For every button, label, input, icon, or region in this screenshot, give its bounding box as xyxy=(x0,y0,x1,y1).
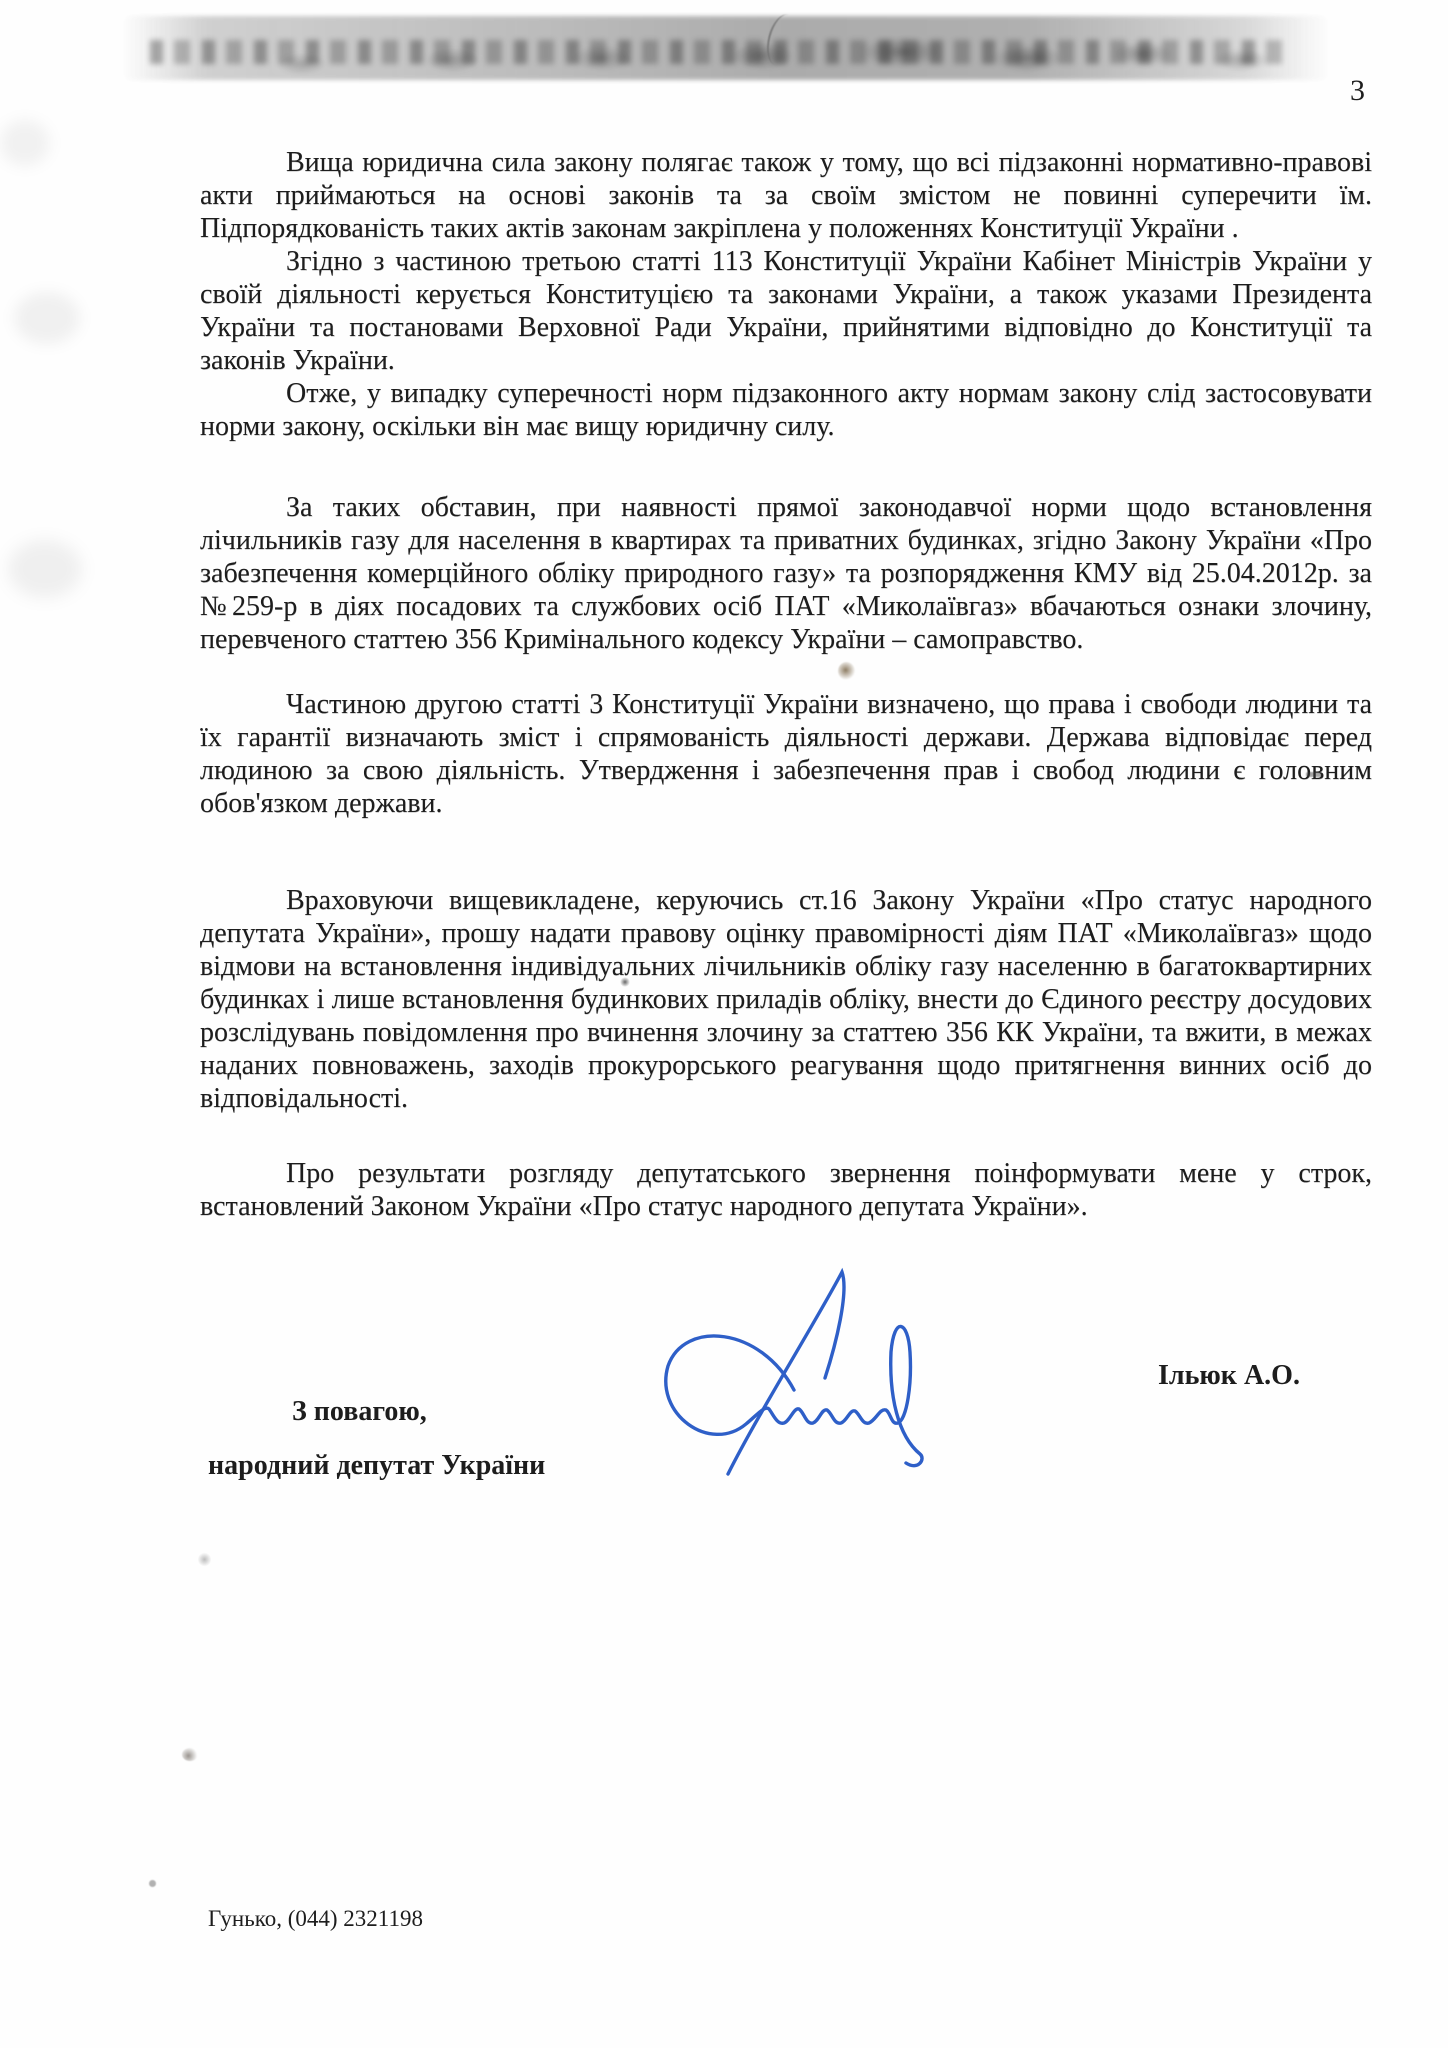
paragraph-circumstances: За таких обставин, при наявності прямої … xyxy=(200,491,1372,656)
paragraph-legal-force: Вища юридична сила закону полягає також … xyxy=(200,146,1372,245)
paragraph-request: Враховуючи вищевикладене, керуючись ст.1… xyxy=(200,884,1372,1115)
paragraph-conclusion-norms: Отже, у випадку суперечності норм підзак… xyxy=(200,377,1372,443)
scan-speck xyxy=(149,1880,156,1887)
closing-official-title: народний депутат України xyxy=(208,1450,545,1482)
scan-speck xyxy=(198,1552,211,1567)
paragraph-deadline: Про результати розгляду депутатського зв… xyxy=(200,1157,1372,1223)
scan-artifact-blurred-text xyxy=(150,40,1290,64)
paragraph-article-113: Згідно з частиною третьою статті 113 Кон… xyxy=(200,245,1372,377)
document-body: Вища юридична сила закону полягає також … xyxy=(200,146,1372,1223)
scanned-document-page: 3 Вища юридична сила закону полягає тако… xyxy=(0,0,1448,2048)
paragraph-article-3-constitution: Частиною другою статті 3 Конституції Укр… xyxy=(200,688,1372,820)
handwritten-signature-icon xyxy=(628,1256,978,1488)
page-number: 3 xyxy=(1350,74,1365,108)
scan-smudge xyxy=(14,292,80,344)
scan-speck xyxy=(620,977,630,987)
scan-smudge xyxy=(8,540,82,598)
footer-contact-note: Гунько, (044) 2321198 xyxy=(208,1906,423,1932)
scan-speck xyxy=(1306,772,1322,777)
signer-name: Ільюк А.О. xyxy=(1158,1360,1300,1392)
scan-speck xyxy=(838,662,855,680)
scan-smudge xyxy=(0,120,50,166)
scan-speck xyxy=(182,1748,198,1761)
closing-salutation: З повагою, xyxy=(292,1396,427,1428)
